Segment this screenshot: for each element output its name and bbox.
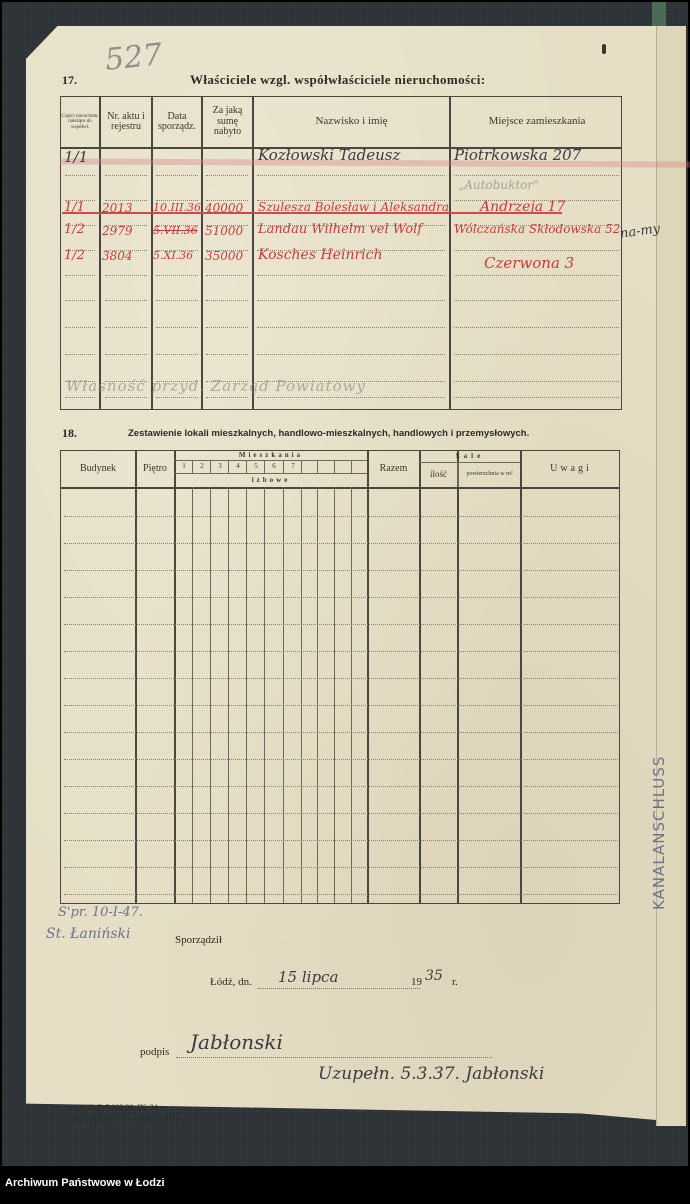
date-dotted-line [258, 988, 420, 989]
binding-spine-tab [652, 2, 666, 26]
prepared-by-label: Sporządził [175, 934, 222, 946]
page-number: 527 [103, 37, 164, 78]
col-header-building: Budynek [61, 451, 135, 487]
row5-name: Kosches Heinrich [258, 247, 383, 263]
completion-note: Uzupełn. 5.3.37. Jabłonski [318, 1064, 544, 1084]
row5-share: 1/2 [64, 248, 85, 263]
col-header-share: Części nieruchom. należące do współwł. [61, 97, 99, 147]
section-18-title: Zestawienie lokali mieszkalnych, handlow… [128, 428, 529, 439]
col-header-rooms: izbowe [175, 474, 367, 487]
year-prefix: 19 [411, 976, 422, 988]
row4-share: 1/2 [64, 222, 85, 237]
kanalanschluss-stamp: KANALANSCHLUSS [650, 756, 668, 910]
place-date-prefix: Łódź, dn. [210, 976, 252, 988]
row3-strikethrough [62, 212, 562, 214]
row4-address: Wólczańska Skłodowska 52 [454, 222, 620, 236]
col-header-area: powierzchnia w m² [459, 462, 520, 487]
col-header-name: Nazwisko i imię [254, 97, 449, 147]
archive-label: Archiwum Państwowe w Łodzi [5, 1177, 165, 1189]
col-header-count: ilość [420, 462, 457, 487]
room-4: 4 [229, 460, 247, 473]
row1-address: Piotrkowska 207 [454, 146, 581, 164]
signature-label: podpis [140, 1046, 169, 1058]
col-header-date: Data sporządz. [153, 97, 201, 147]
col-header-act-number: Nr. aktu i rejestru [101, 97, 151, 147]
section-18-number: 18. [62, 426, 77, 441]
room-3: 3 [211, 460, 229, 473]
col-header-notes: Uwagi [521, 451, 621, 487]
section-17-title: Właściciele wzgl. współwłaściciele nieru… [190, 72, 485, 88]
year-suffix: r. [452, 976, 458, 988]
row1-name: Kozłowski Tadeusz [258, 146, 400, 164]
pencil-note-date: S'pr. 10-I-47. [58, 905, 143, 920]
ink-spot [602, 44, 606, 54]
room-5: 5 [247, 460, 265, 473]
col-header-address: Miejsce zamieszkania [451, 97, 623, 147]
row4-act: 2979 [102, 224, 133, 238]
row5-sum: 35000 [205, 249, 243, 263]
year-handwritten: 35 [425, 968, 443, 984]
col-header-halls: Sale [420, 451, 520, 462]
row5-date: 5.XI.36 [153, 249, 193, 262]
print-info-printer: Drukarnia Państwowa w Łodzi 1213/34 [58, 1114, 178, 1123]
room-7: 7 [284, 460, 302, 473]
section-17-number: 17. [62, 73, 77, 88]
room-2: 2 [193, 460, 211, 473]
row4-name: Landau Wilhelm vel Wolf [258, 222, 422, 237]
col-header-total: Razem [368, 451, 419, 487]
premises-table: Budynek Piętro Mieszkania 1 2 3 4 5 6 7 … [60, 450, 620, 904]
room-6: 6 [265, 460, 283, 473]
row4-date: 5.VII.36 [153, 224, 198, 237]
signature-handwritten: Jabłonski [190, 1030, 283, 1054]
date-handwritten: 15 lipca [278, 968, 338, 986]
pencil-note-name: St. Łaniński [46, 926, 131, 942]
row5-address: Czerwona 3 [484, 254, 574, 272]
row5-act: 3804 [102, 249, 133, 263]
row2-address-note: „Autobuktor" [458, 178, 539, 192]
room-1: 1 [175, 460, 193, 473]
signature-dotted-line [176, 1057, 492, 1058]
print-info-edition: O. P. 5.000 26. IX. 34. [88, 1103, 160, 1112]
row4-sum: 51000 [205, 224, 243, 238]
table17-pencil-note: Własność przyd. Zarząd Powiatowy [66, 377, 366, 395]
col-header-apartments: Mieszkania [175, 451, 367, 460]
col-header-floor: Piętro [136, 451, 174, 487]
col-header-sum: Za jaką sumę nabyto [203, 97, 252, 147]
next-page-edge [656, 26, 686, 1126]
row1-share: 1/1 [64, 148, 88, 166]
